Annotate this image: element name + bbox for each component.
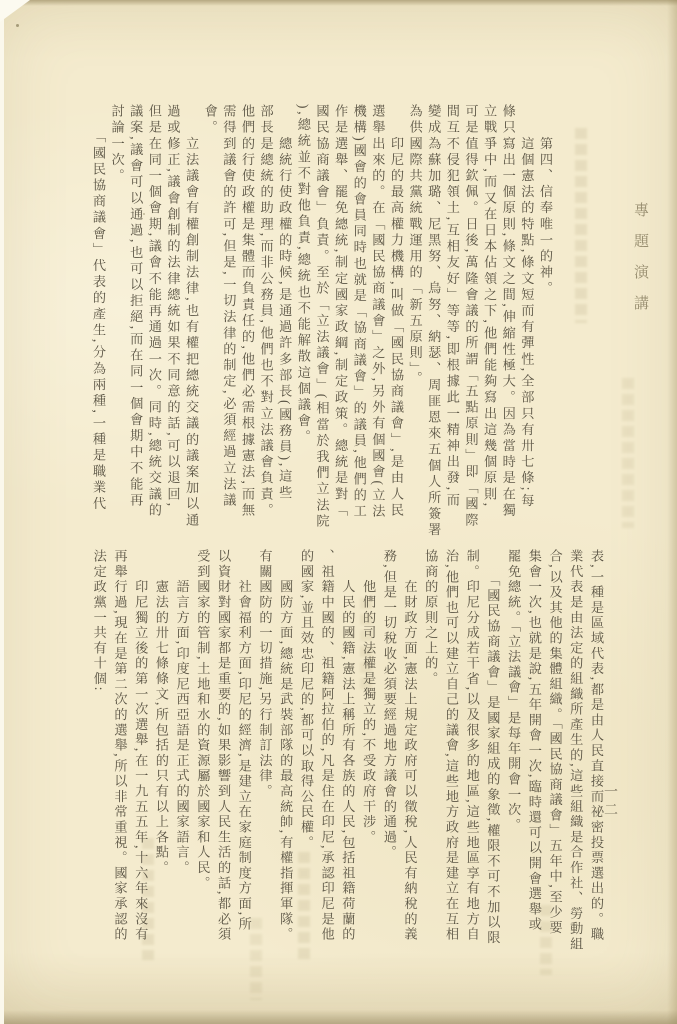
main-text-block-top: 第四、信奉唯一的神。 這個憲法的特點,條文短而有彈性,全部只有卅七條;每 條只寫… bbox=[88, 104, 554, 541]
text-column: 他們的行使政權是集體而負責任的,他們必需根據憲法,而無 bbox=[237, 104, 256, 541]
text-column: 協商的原則之上的。 bbox=[420, 549, 441, 965]
text-column: 立法議會有權創制法律,也有權把總統交議的議案加以通 bbox=[182, 104, 201, 541]
text-column: 業代表是由法定的組織所產生的,這些組織是合作社、勞動組 bbox=[565, 549, 586, 965]
text-column: 需得到議會的許可,但是,一切法律的制定,必須經過立法議 bbox=[219, 104, 238, 541]
text-column: 但是在同一個會期,議會不能再通過一次。同時,總統交議的 bbox=[144, 104, 163, 541]
text-column: 表,一種是區域代表,都是由人民直接而祕密投票選出的。職 bbox=[585, 549, 606, 965]
page-edge-left bbox=[0, 0, 4, 1024]
text-column: 立戰爭中,而又在日本佔領之下,他們能夠寫出這幾個原則, bbox=[480, 104, 499, 541]
main-text-block-bottom: 表,一種是區域代表,都是由人民直接而祕密投票選出的。職 業代表是由法定的組織所產… bbox=[88, 549, 606, 965]
text-column: 討論一次。 bbox=[107, 104, 126, 541]
text-column: 制。印尼分成若干省,以及很多的地區,這些地區享有地方自 bbox=[461, 549, 482, 965]
text-column: 選舉出來的。在「國民協商議會」之外,另外有個國會(立法 bbox=[368, 104, 387, 541]
text-column: 社會福利方面,印尼的經濟,是建立在家庭制度方面,所 bbox=[233, 549, 254, 965]
text-column: ),總統並不對他負責,總統也不能解散這個議會。 bbox=[293, 104, 312, 541]
text-column: 變成為蘇加璐、尼黑努、烏努、納瑟、周匪恩來五個人所簽署 bbox=[424, 104, 443, 541]
text-column: 條只寫出一個原則,條文之間,伸縮性極大。因為當時是在獨 bbox=[498, 104, 517, 541]
page-edge-right bbox=[667, 0, 677, 1024]
text-column: 人民的國籍,憲法上稱所有各族的人民,包括祖籍荷蘭的 bbox=[337, 549, 358, 965]
text-column: 有關國防的一切措施,另行制訂法律。 bbox=[254, 549, 275, 965]
bleedthrough-artifact bbox=[575, 128, 587, 323]
text-column: 這個憲法的特點,條文短而有彈性,全部只有卅七條;每 bbox=[517, 104, 536, 541]
text-column: 罷免總統。「立法議會」是每年開會一次。 bbox=[502, 549, 523, 965]
text-column: 受到國家的管制,土地和水的資源屬於國家和人民。 bbox=[192, 549, 213, 965]
text-column: 印尼獨立後的第一次選舉,在一九五五年,十六年來沒有 bbox=[129, 549, 150, 965]
text-column: 國防方面,總統是武裝部隊的最高統帥,有權指揮軍隊。 bbox=[275, 549, 296, 965]
text-column: 間互不侵犯領土,互相友好」等等,即根據此一精神出發,而 bbox=[442, 104, 461, 541]
text-column: 「國民協商議會」代表的產生,分為兩種,一種是職業代 bbox=[88, 104, 107, 541]
text-column: 國民協商議會」負責。至於「立法議會」(相當於我們立法院 bbox=[312, 104, 331, 541]
text-column: 印尼的最高權力機構,叫做「國民協商議會」,是由人民 bbox=[386, 104, 405, 541]
text-column: 作是選舉、罷免總統,制定國家政綱,制定政策。總統是對「 bbox=[331, 104, 350, 541]
text-column: 在財政方面,憲法上規定政府可以徵稅,人民有納稅的義 bbox=[399, 549, 420, 965]
text-column: 的國家,並且效忠印尼的,都可以取得公民權。 bbox=[295, 549, 316, 965]
text-column: 治,他們也可以建立自己的議會,這些地方政府是建立在互相 bbox=[440, 549, 461, 965]
text-column: 部長是總統的助理,而非公務員,他們也不對立法議會負責。 bbox=[256, 104, 275, 541]
page-edge-top bbox=[0, 0, 677, 6]
text-column: 第四、信奉唯一的神。 bbox=[535, 104, 554, 541]
text-column: 法定政黨一共有十個: bbox=[88, 549, 109, 965]
text-column: 再舉行過,現在是第二次的選舉,所以非常重視。國家承認的 bbox=[109, 549, 130, 965]
text-column: 他們的司法權是獨立的,不受政府干涉。 bbox=[357, 549, 378, 965]
text-column: 憲法的卅七條條文,所包括的只有以上各點。 bbox=[150, 549, 171, 965]
text-column: 機構)國會的會員同時也就是「協商議會」的議員,他們的工 bbox=[349, 104, 368, 541]
scanned-page: 專題演講 一二 第四、信奉唯一的神。 這個憲法的特點,條文短而有彈性,全部只有卅… bbox=[0, 0, 677, 1024]
text-column: 會。 bbox=[200, 104, 219, 541]
page-corner-highlight bbox=[0, 0, 30, 22]
text-column: 過或修正,議會創制的法律總統如果不同意的話,可以退回, bbox=[163, 104, 182, 541]
ink-speck bbox=[16, 24, 19, 27]
text-column: 總統行使政權的時候,是通過許多部長(國務員),這些 bbox=[275, 104, 294, 541]
text-column: 議案,議會可以通過,也可以拒絕,而在同一個會期中不能再 bbox=[126, 104, 145, 541]
text-column: 語言方面,印度尼西亞語是正式的國家語言。 bbox=[171, 549, 192, 965]
bleedthrough-artifact bbox=[622, 378, 634, 528]
text-column: 為供國際共黨統戰運用的「新五原則」。 bbox=[405, 104, 424, 541]
page-edge-bottom bbox=[0, 1010, 677, 1024]
text-column: 務,但是一切稅收必須要經過地方議會的通過。 bbox=[378, 549, 399, 965]
text-column: 可是值得欽佩。日後,萬隆會議的所謂「五點原則」即「國際 bbox=[461, 104, 480, 541]
text-column: 合,以及其他的集體組織。「國民協商議會」五年中,至少要 bbox=[544, 549, 565, 965]
text-column: 、祖籍中國的、祖籍阿拉伯的,凡是住在印尼,承認印尼是他 bbox=[316, 549, 337, 965]
running-head: 專題演講 bbox=[630, 202, 651, 326]
text-column: 「國民協商議會」是國家組成的象徵,權限不可不加以限 bbox=[482, 549, 503, 965]
text-column: 集會一次,也就是說,五年開會一次,臨時還可以開會選舉或 bbox=[523, 549, 544, 965]
text-column: 以資財對國家都是重要的,如果影響到人民生活的話,都必須 bbox=[212, 549, 233, 965]
